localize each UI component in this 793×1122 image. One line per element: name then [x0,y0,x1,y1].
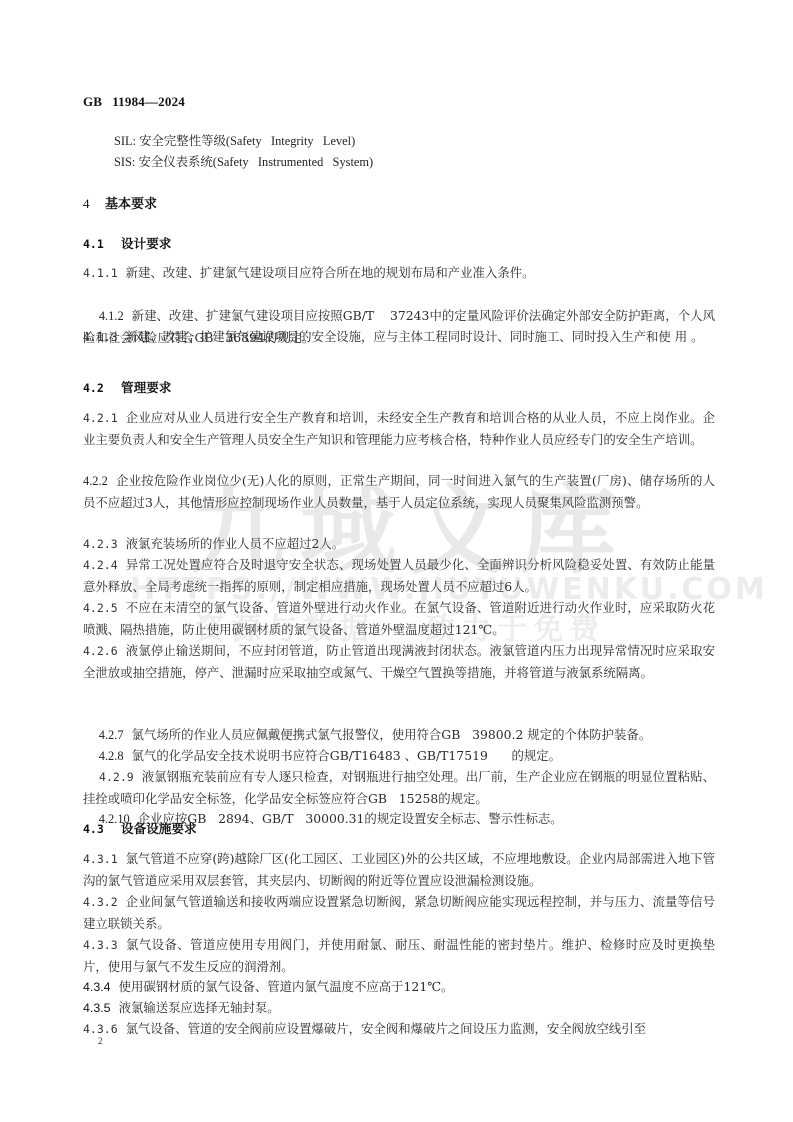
clause-number: 4.2.1 [83,411,118,425]
standard-number: 11984—2024 [112,94,185,109]
clause-number: 4.2.2 [83,474,108,488]
clause-4-1-3: 4.1.3新建、改建、扩建氯气建设项目的安全设施，应与主体工程同时设计、同时施工… [83,326,715,348]
section-heading-4-3: 4.3设备设施要求 [83,818,197,837]
section-title: 设计要求 [121,236,171,251]
clause-4-2-1: 4.2.1企业应对从业人员进行安全生产教育和培训，未经安全生产教育和培训合格的从… [83,407,715,450]
clause-text: 使用碳钢材质的氯气设备、管道内氯气温度不应高于121℃。 [119,979,454,994]
abbreviation-sis: SIS: 安全仪表系统(Safety Instrumented System) [114,152,373,170]
clause-number: 4.3.6 [83,1022,118,1036]
clause-4-3-2: 4.3.2企业间氯气管道输送和接收两端应设置紧急切断阀，紧急切断阀应能实现远程控… [83,891,715,934]
clause-number: 4.3.5 [83,1001,111,1015]
standard-header: GB11984—2024 [83,94,185,110]
clause-text: 液氯停止输送期间，不应封闭管道，防止管道出现满液封闭状态。液氯管道内压力出现异常… [83,643,715,680]
section-heading-4: 4基本要求 [83,193,157,212]
abbreviation-term: SIS: [114,155,135,169]
page-number: 2 [98,1036,103,1046]
clause-4-2-6: 4.2.6液氯停止输送期间，不应封闭管道，防止管道出现满液封闭状态。液氯管道内压… [83,640,715,683]
section-number: 4.1 [83,237,121,251]
clause-number: 4.1.1 [83,266,118,280]
clause-number: 4.3.3 [83,938,118,952]
clause-number: 4.3.4 [83,980,111,994]
abbreviation-definition: 安全仪表系统(Safety Instrumented System) [138,155,373,169]
abbreviation-sil: SIL: 安全完整性等级(Safety Integrity Level) [114,131,355,149]
clause-text: 企业间氯气管道输送和接收两端应设置紧急切断阀，紧急切断阀应能实现远程控制，并与压… [83,894,715,931]
clause-text: 异常工况处置应符合及时退守安全状态、现场处置人员最少化、全面辨识分析风险稳妥处置… [83,557,715,594]
abbreviation-term: SIL: [114,134,136,148]
clause-text: 企业应按GB 2894、GB/T 30000.31的规定设置安全标志、警示性标志… [138,811,563,826]
clause-text: 液氯充装场所的作业人员不应超过2人。 [126,536,345,551]
section-number: 4 [83,196,105,212]
section-title: 基本要求 [105,197,157,212]
clause-4-2-5: 4.2.5不应在未清空的氯气设备、管道外壁进行动火作业。在氯气设备、管道附近进行… [83,597,715,640]
clause-text: 液氯输送泵应选择无轴封泵。 [119,1000,280,1015]
clause-text: 新建、改建、扩建氯气建设项目的安全设施，应与主体工程同时设计、同时施工、同时投入… [126,329,704,344]
clause-text: 氯气设备、管道应使用专用阀门，并使用耐氯、耐压、耐温性能的密封垫片。维护、检修时… [83,937,715,974]
clause-number: 4.2.4 [83,558,118,572]
abbreviation-definition: 安全完整性等级(Safety Integrity Level) [139,134,355,148]
section-title: 管理要求 [121,380,171,395]
clause-text: 不应在未清空的氯气设备、管道外壁进行动火作业。在氯气设备、管道附近进行动火作业时… [83,600,715,637]
clause-4-3-4: 4.3.4使用碳钢材质的氯气设备、管道内氯气温度不应高于121℃。 [83,976,715,998]
clause-number: 4.1.2 [99,309,124,323]
clause-number: 4.1.3 [83,330,118,344]
clause-text: 新建、改建、扩建氯气建设项目应符合所在地的规划布局和产业准入条件。 [126,265,535,280]
section-heading-4-2: 4.2管理要求 [83,377,171,396]
clause-number: 4.2.9 [99,770,134,784]
section-number: 4.3 [83,822,121,836]
section-number: 4.2 [83,381,121,395]
clause-4-2-3: 4.2.3液氯充装场所的作业人员不应超过2人。 [83,533,715,555]
section-heading-4-1: 4.1设计要求 [83,233,171,252]
clause-text: 氯气设备、管道的安全阀前应设置爆破片，安全阀和爆破片之间设压力监测，安全阀放空线… [126,1021,646,1036]
clause-number: 4.2.5 [83,601,118,615]
document-page: GB11984—2024 SIL: 安全完整性等级(Safety Integri… [0,0,793,1122]
clause-4-3-5: 4.3.5液氯输送泵应选择无轴封泵。 [83,997,715,1019]
section-title: 设备设施要求 [121,821,197,836]
clause-text: 企业应对从业人员进行安全生产教育和培训，未经安全生产教育和培训合格的从业人员，不… [83,410,715,447]
clause-number: 4.2.6 [83,644,118,658]
clause-number: 4.2.3 [83,537,118,551]
clause-4-2-4: 4.2.4异常工况处置应符合及时退守安全状态、现场处置人员最少化、全面辨识分析风… [83,554,715,597]
clause-4-1-1: 4.1.1新建、改建、扩建氯气建设项目应符合所在地的规划布局和产业准入条件。 [83,262,715,284]
clause-4-3-6: 4.3.6氯气设备、管道的安全阀前应设置爆破片，安全阀和爆破片之间设压力监测，安… [83,1018,715,1040]
clause-4-2-2: 4.2.2企业按危险作业岗位少(无)人化的原则，正常生产期间，同一时间进入氯气的… [83,470,715,513]
clause-text: 企业按危险作业岗位少(无)人化的原则，正常生产期间，同一时间进入氯气的生产装置(… [83,473,715,510]
clause-4-3-3: 4.3.3氯气设备、管道应使用专用阀门，并使用耐氯、耐压、耐温性能的密封垫片。维… [83,934,715,977]
clause-4-3-1: 4.3.1氯气管道不应穿(跨)越除厂区(化工园区、工业园区)外的公共区域，不应埋… [83,848,715,891]
standard-code: GB [83,94,102,109]
clause-number: 4.3.2 [83,895,118,909]
clause-text: 氯气管道不应穿(跨)越除厂区(化工园区、工业园区)外的公共区域，不应埋地敷设。企… [83,851,715,888]
clause-number: 4.3.1 [83,852,118,866]
